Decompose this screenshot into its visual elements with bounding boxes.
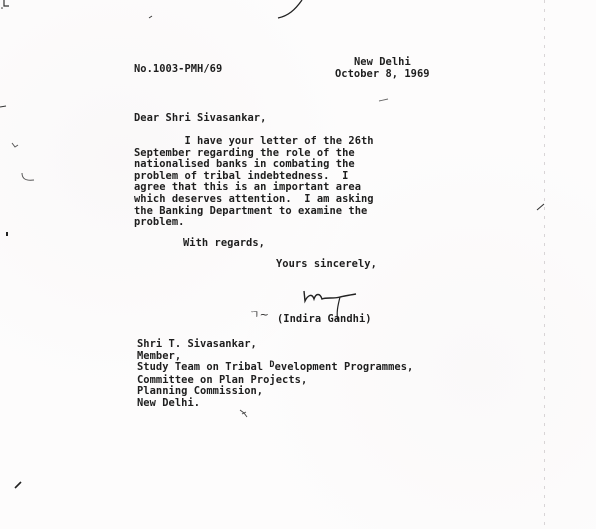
- letter-body: I have your letter of the 26thSeptember …: [134, 136, 374, 229]
- salutation: Dear Shri Sivasankar,: [134, 113, 266, 125]
- pen-stroke-mark: [240, 0, 320, 22]
- recipient-address: Shri T. Sivasankar,Member,Study Team on …: [137, 339, 413, 410]
- initial-mark: ㄱ~: [249, 309, 269, 321]
- complimentary-close: Yours sincerely,: [276, 259, 377, 271]
- team-suffix: evelopment Programmes,: [275, 361, 414, 373]
- margin-marks: [0, 95, 40, 245]
- address-tick-mark: [238, 408, 250, 420]
- body-line: I have your letter of the 26th: [134, 136, 374, 148]
- recipient-name: Shri T. Sivasankar,: [137, 339, 413, 351]
- recipient-city: New Delhi.: [137, 398, 413, 410]
- speck-mark: [148, 14, 154, 20]
- place: New Delhi: [354, 57, 411, 69]
- reference-number: No.1003-PMH/69: [134, 64, 222, 76]
- team-sup: D: [269, 360, 274, 370]
- signatory-name: (Indira Gandhi): [277, 314, 372, 326]
- recipient-team: Study Team on Tribal Development Program…: [137, 362, 413, 375]
- corner-mark: [0, 0, 14, 12]
- letter-page: No.1003-PMH/69 New Delhi October 8, 1969…: [0, 0, 596, 529]
- team-prefix: Study Team on Tribal: [137, 361, 269, 373]
- date-dash-mark: [378, 97, 390, 103]
- body-line: which deserves attention. I am asking: [134, 194, 374, 206]
- margin-mark-bottom: [14, 480, 24, 490]
- closing: With regards,: [183, 238, 265, 250]
- right-edge-shadow: [544, 0, 545, 529]
- body-line: problem.: [134, 217, 374, 229]
- date: October 8, 1969: [335, 69, 430, 81]
